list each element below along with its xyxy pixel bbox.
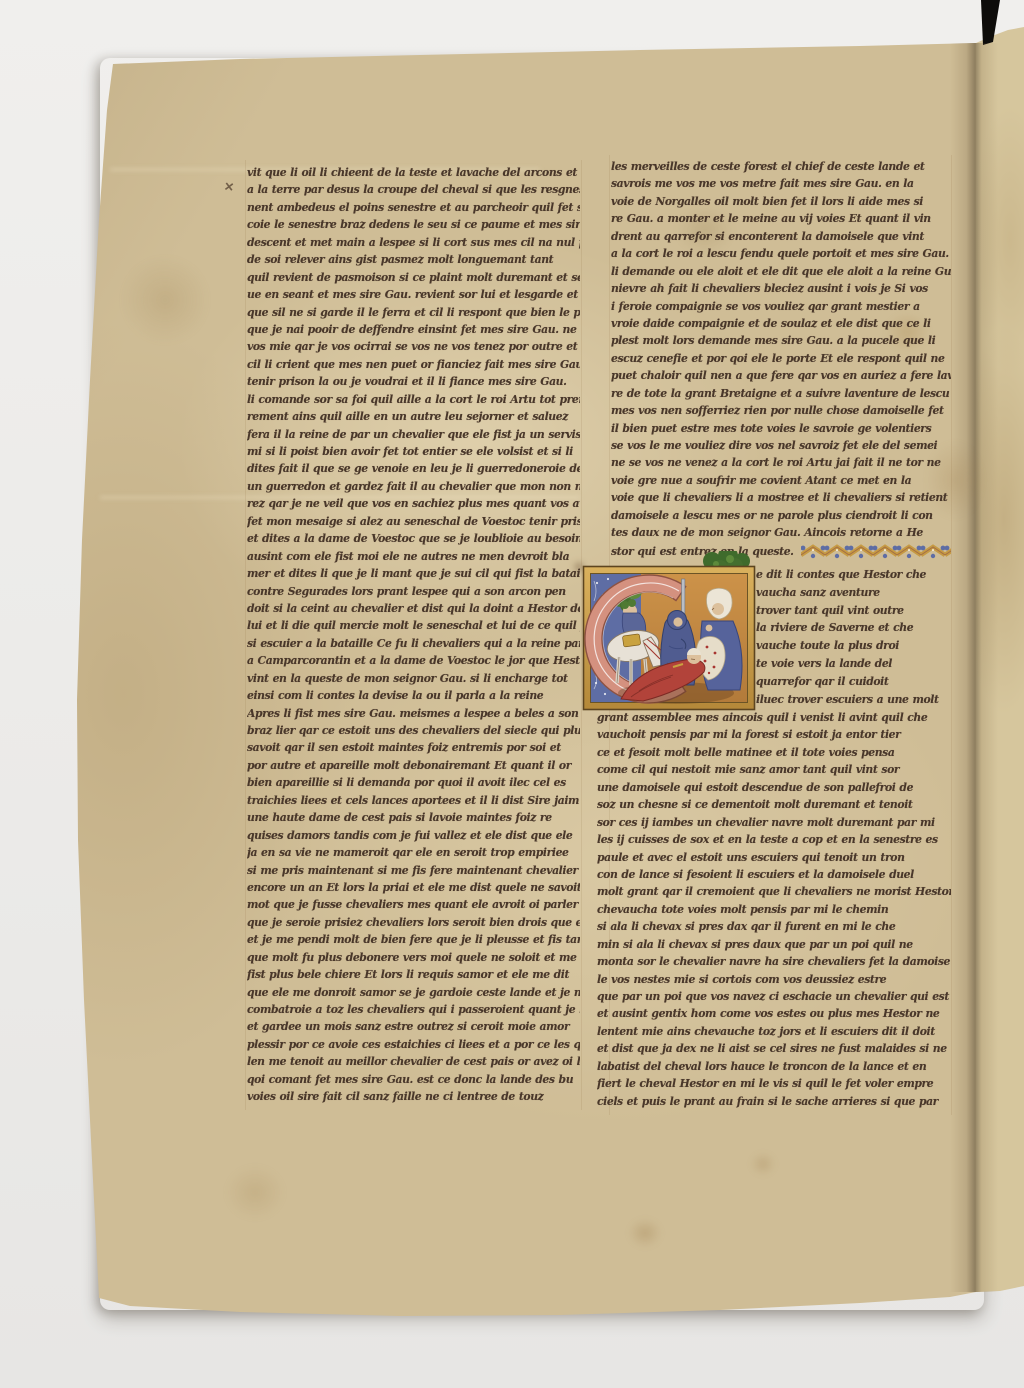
manuscript-text-line: rez qar je ne veil que vos en sachiez pl… xyxy=(247,497,580,514)
manuscript-text-line: tenir prison la ou je voudrai et il li f… xyxy=(247,375,580,392)
manuscript-text-line: de soi relever ains gist pasmez molt lon… xyxy=(247,253,580,270)
manuscript-text-line: fet mon mesaige si alez au seneschal de … xyxy=(247,515,580,532)
manuscript-text-line: ce et fesoit molt belle matinee et il to… xyxy=(597,746,951,763)
manuscript-text-line: mi si li poist bien avoir fet tot entier… xyxy=(247,445,580,462)
manuscript-text-line: plest molt lors demande mes sire Gau. a … xyxy=(611,334,951,351)
manuscript-text-line: et dites a la dame de Voestoc que se je … xyxy=(247,532,580,549)
manuscript-text-line: ciels et puis le prant au frain si le sa… xyxy=(597,1095,951,1112)
manuscript-text-line: contre Segurades lors prant lespee qui a… xyxy=(247,585,580,602)
manuscript-text-line: que je nai pooir de deffendre einsint fe… xyxy=(247,323,580,340)
manuscript-text-line: quises damors tandis com je fui vallez e… xyxy=(247,829,580,846)
manuscript-text-line: si escuier a la bataille Ce fu li cheval… xyxy=(247,637,580,654)
manuscript-text-line: re Gau. a monter et le meine au vij voie… xyxy=(611,212,951,229)
manuscript-text-line: a la cort le roi a lescu fendu quele por… xyxy=(611,247,951,264)
manuscript-text-line: paule et avec el estoit uns escuiers qui… xyxy=(597,851,951,868)
manuscript-text-line: molt grant qar il cremoient que li cheva… xyxy=(597,885,951,902)
manuscript-text-line: min si ala li chevax si pres daux que pa… xyxy=(597,938,951,955)
manuscript-text-line: lentent mie ains chevauche toz jors et l… xyxy=(597,1025,951,1042)
manuscript-text-line: quil revient de pasmoison si ce plaint m… xyxy=(247,271,580,288)
manuscript-text-line: drent au qarrefor si enconterent la damo… xyxy=(611,230,951,247)
manuscript-text-line: voie gre nue a soufrir me covient Atant … xyxy=(611,474,951,491)
manuscript-text-line: traichies liees et cels lances aportees … xyxy=(247,794,580,811)
manuscript-text-line: mes vos nen sofferriez rien por nulle ch… xyxy=(611,404,951,421)
text-column-right-lower: grant assemblee mes aincois quil i venis… xyxy=(597,711,951,1112)
manuscript-text-line: qoi comant fet mes sire Gau. est ce donc… xyxy=(247,1073,580,1090)
manuscript-text-line: coie le senestre braz dedens le seu si c… xyxy=(247,218,580,235)
manuscript-text-line: que par un poi que vos navez ci eschacie… xyxy=(597,990,951,1007)
text-column-left: vit que li oil li chieent de la teste et… xyxy=(247,166,580,1108)
stain xyxy=(120,255,210,345)
manuscript-text-line: vauche toute la plus droi xyxy=(756,637,952,655)
gutter-fold xyxy=(950,43,998,1292)
manuscript-text-line: labatist del cheval lors hauce le tronco… xyxy=(597,1060,951,1077)
manuscript-text-line: trover tant quil vint outre xyxy=(756,602,952,620)
manuscript-text-line: savrois me vos me vos metre fait mes sir… xyxy=(611,177,951,194)
manuscript-text-line: nent ambedeus el poins senestre et au pa… xyxy=(247,201,580,218)
manuscript-text-line: les merveilles de ceste forest el chief … xyxy=(611,160,951,177)
manuscript-text-line: len me tenoit au meillor chevalier de ce… xyxy=(247,1055,580,1072)
manuscript-text-line: voie que li chevaliers li a mostree et l… xyxy=(611,491,951,508)
manuscript-text-line: te voie vers la lande del xyxy=(756,655,952,673)
text-column-right-beside-miniature: e dit li contes que Hestor chevaucha san… xyxy=(756,566,952,708)
manuscript-text-line: que ele me donroit samor se je gardoie c… xyxy=(247,986,580,1003)
manuscript-text-line: doit si la ceint au chevalier et dist qu… xyxy=(247,602,580,619)
manuscript-text-line: que je seroie prisiez chevaliers lors se… xyxy=(247,916,580,933)
manuscript-text-line: tes daux ne de mon seignor Gau. Aincois … xyxy=(611,526,951,543)
manuscript-text-line: que sil ne si garde il le ferra et cil l… xyxy=(247,306,580,323)
manuscript-text-line: vaucha sanz aventure xyxy=(756,584,952,602)
manuscript-text-line: puet chaloir quil nen a que fere qar vos… xyxy=(611,369,951,386)
manuscript-text-line: fiert le cheval Hestor en mi le vis si q… xyxy=(597,1077,951,1094)
manuscript-text-line: bien apareillie si li demanda por quoi i… xyxy=(247,776,580,793)
manuscript-text-line: come cil qui nestoit mie sanz amor tant … xyxy=(597,763,951,780)
manuscript-text-line: si ala li chevax si pres dax qar il fure… xyxy=(597,920,951,937)
manuscript-text-line: grant assemblee mes aincois quil i venis… xyxy=(597,711,951,728)
historiated-initial-miniature xyxy=(581,551,758,714)
stain xyxy=(225,1165,285,1220)
manuscript-text-line: damoisele a lescu mes or ne parole plus … xyxy=(611,509,951,526)
manuscript-text-line: fera il la reine de par un chevalier que… xyxy=(247,428,580,445)
manuscript-text-line: il bien puet estre mes tote voies le sav… xyxy=(611,422,951,439)
stain xyxy=(628,1218,662,1248)
manuscript-text-line: une damoisele qui estoit descendue de so… xyxy=(597,781,951,798)
manuscript-text-line: vroie daide compaignie et de soulaz et e… xyxy=(611,317,951,334)
text-column-right-upper: les merveilles de ceste forest el chief … xyxy=(611,160,951,544)
manuscript-text-line: escuz cenefie et por qoi ele le porte Et… xyxy=(611,352,951,369)
manuscript-text-line: einsi com li contes la devise la ou il p… xyxy=(247,689,580,706)
manuscript-text-line: li demande ou ele aloit et ele dit que e… xyxy=(611,265,951,282)
manuscript-text-line: descent et met main a lespee si li cort … xyxy=(247,236,580,253)
manuscript-text-line: sor ces ij iambes un chevalier navre mol… xyxy=(597,816,951,833)
manuscript-text-line: que molt fu plus debonere vers moi quele… xyxy=(247,951,580,968)
manuscript-text-line: les ij cuisses de sox et en la teste a c… xyxy=(597,833,951,850)
manuscript-text-line: et ausint gentix hom come vos estes ou p… xyxy=(597,1007,951,1024)
manuscript-text-line: si me pris maintenant si me fis fere mai… xyxy=(247,864,580,881)
manuscript-text-line: et dist que ja dex ne li aist se cel sir… xyxy=(597,1042,951,1059)
manuscript-text-line: encore un an Et lors la priai et ele me … xyxy=(247,881,580,898)
manuscript-text-line: la riviere de Saverne et che xyxy=(756,619,952,637)
ruling-line xyxy=(245,160,246,1110)
manuscript-text-line: mer et dites li que je li mant que je su… xyxy=(247,567,580,584)
manuscript-text-line: se vos le me vouliez dire vos nel savroi… xyxy=(611,439,951,456)
manuscript-text-line: con de lance si fesoient li escuiers et … xyxy=(597,868,951,885)
manuscript-text-line: cil li crient que mes nen puet or fianci… xyxy=(247,358,580,375)
stain xyxy=(750,1152,776,1176)
manuscript-text-line: voie de Norgalles oil molt bien fet il l… xyxy=(611,195,951,212)
manuscript-text-line: lui et li die quil mercie molt le senesc… xyxy=(247,619,580,636)
manuscript-text-line: vit que li oil li chieent de la teste et… xyxy=(247,166,580,183)
manuscript-text-line: re de tote la grant Bretaigne et a suivr… xyxy=(611,387,951,404)
manuscript-text-line: nievre ah fait li chevaliers bleciez aus… xyxy=(611,282,951,299)
marginal-cross-mark: ✕ xyxy=(223,179,235,194)
manuscript-text-line: dites fait il que se ge venoie en leu je… xyxy=(247,462,580,479)
manuscript-text-line: ausint com ele fist moi ele ne autres ne… xyxy=(247,550,580,567)
manuscript-text-line: Apres li fist mes sire Gau. meismes a le… xyxy=(247,707,580,724)
manuscript-text-line: braz lier qar ce estoit uns des chevalie… xyxy=(247,724,580,741)
manuscript-text-line: i feroie compaignie se vos vouliez qar g… xyxy=(611,300,951,317)
manuscript-text-line: ne se vos ne venez a la cort le roi Artu… xyxy=(611,456,951,473)
manuscript-text-line: rement ains quil aille en un autre leu s… xyxy=(247,410,580,427)
line-filler-ornament xyxy=(801,544,951,559)
manuscript-text-line: vauchoit pensis par mi la forest si esto… xyxy=(597,728,951,745)
manuscript-text-line: un guerredon et gardez fait il au cheval… xyxy=(247,480,580,497)
manuscript-text-line: chevaucha tote voies molt pensis par mi … xyxy=(597,903,951,920)
manuscript-text-line: savoit qar il sen estoit maintes foiz en… xyxy=(247,741,580,758)
manuscript-text-line: iluec trover escuiers a une molt xyxy=(756,691,952,709)
manuscript-text-line: quarrefor qar il cuidoit xyxy=(756,673,952,691)
manuscript-text-line: voies oil sire fait cil sanz faille ne c… xyxy=(247,1090,580,1107)
manuscript-text-line: vos mie qar je vos ocirrai se vos ne vos… xyxy=(247,340,580,357)
manuscript-text-line: le vos nestes mie si cortois com vos deu… xyxy=(597,973,951,990)
manuscript-text-line: et je me pendi molt de bien fere que je … xyxy=(247,933,580,950)
manuscript-text-line: mot que je fusse chevaliers mes quant el… xyxy=(247,898,580,915)
manuscript-text-line: ja en sa vie ne mameroit qar ele en sero… xyxy=(247,846,580,863)
manuscript-text-line: combatroie a toz les chevaliers qui i pa… xyxy=(247,1003,580,1020)
manuscript-text-line: por autre et apareille molt debonaireman… xyxy=(247,759,580,776)
manuscript-text-line: li comande sor sa foi quil aille a la co… xyxy=(247,393,580,410)
manuscript-text-line: et gardee un mois sanz estre outrez si c… xyxy=(247,1020,580,1037)
manuscript-text-line: une haute dame de cest pais si lavoie ma… xyxy=(247,811,580,828)
manuscript-text-line: e dit li contes que Hestor che xyxy=(756,566,952,584)
manuscript-text-line: vint en la queste de mon seignor Gau. si… xyxy=(247,672,580,689)
manuscript-text-line: plessir por ce avoie ces estaichies ci l… xyxy=(247,1038,580,1055)
manuscript-text-line: monta sor le chevalier navre ha sire che… xyxy=(597,955,951,972)
manuscript-text-line: soz un chesne si ce dementoit molt durem… xyxy=(597,798,951,815)
manuscript-text-line: a Camparcorantin et a la dame de Voestoc… xyxy=(247,654,580,671)
manuscript-text-line: a la terre par desus la croupe del cheva… xyxy=(247,183,580,200)
manuscript-text-line: fist plus bele chiere Et lors li requis … xyxy=(247,968,580,985)
manuscript-text-line: ue en seant et mes sire Gau. revient sor… xyxy=(247,288,580,305)
